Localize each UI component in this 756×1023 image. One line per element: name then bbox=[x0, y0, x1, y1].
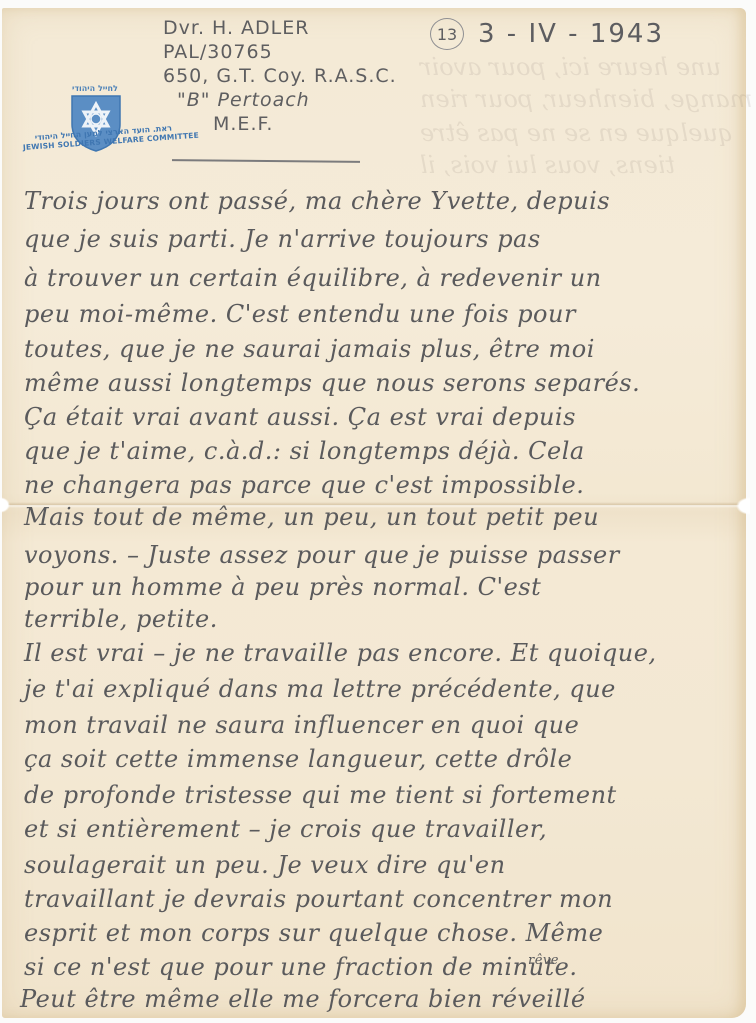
sender-address: Dvr. H. ADLER PAL/30765 650, G.T. Coy. R… bbox=[163, 16, 397, 136]
address-line-service-number: PAL/30765 bbox=[163, 40, 397, 64]
body-line: que je t'aime, c.à.d.: si longtemps déjà… bbox=[24, 436, 585, 466]
body-line: esprit et mon corps sur quelque chose. M… bbox=[24, 918, 603, 948]
body-line: soulagerait un peu. Je veux dire qu'en bbox=[24, 850, 506, 880]
body-line: si ce n'est que pour une fraction de min… bbox=[24, 952, 578, 982]
body-line: Trois jours ont passé, ma chère Yvette, … bbox=[24, 186, 610, 216]
bleed-through-text: une heure ici, pour avoir bbox=[420, 50, 721, 84]
body-line: même aussi longtemps que nous serons sep… bbox=[24, 368, 640, 398]
fold-notch-right bbox=[736, 497, 750, 515]
body-line: Ça était vrai avant aussi. Ça est vrai d… bbox=[24, 402, 576, 432]
body-line: ne changera pas parce que c'est impossib… bbox=[24, 470, 584, 500]
letter-date: 3 - IV - 1943 bbox=[478, 19, 664, 49]
jewish-soldiers-welfare-emblem: לחייל היהודי ראת. הועד הארצי למען החייל … bbox=[22, 84, 172, 164]
bleed-through-text: quelque en se ne pas être bbox=[420, 116, 733, 150]
body-line: et si entièrement – je crois que travail… bbox=[24, 814, 547, 844]
body-line: à trouver un certain équilibre, à redeve… bbox=[24, 263, 602, 293]
body-line: Il est vrai – je ne travaille pas encore… bbox=[24, 638, 657, 668]
body-line: Peut être même elle me forcera bien réve… bbox=[20, 984, 586, 1014]
bleed-through-text: mange, bienheur, pour rien bbox=[420, 82, 752, 116]
address-line-name: Dvr. H. ADLER bbox=[163, 16, 397, 40]
body-line: je t'ai expliqué dans ma lettre précéden… bbox=[24, 674, 616, 704]
body-line: de profonde tristesse qui me tient si fo… bbox=[24, 780, 617, 810]
body-line: mon travail ne saura influencer en quoi … bbox=[24, 710, 579, 740]
body-line: ça soit cette immense langueur, cette dr… bbox=[24, 744, 572, 774]
circled-page-number: 13 bbox=[430, 18, 464, 50]
body-line: travaillant je devrais pourtant concentr… bbox=[24, 884, 613, 914]
interlinear-insertion: rêve bbox=[528, 953, 559, 968]
date-block: 13 3 - IV - 1943 bbox=[430, 18, 664, 50]
emblem-hebrew-title: לחייל היהודי bbox=[72, 84, 118, 93]
bleed-through-text: tiens, vous lui vois, il bbox=[420, 148, 675, 182]
address-line-unit: 650, G.T. Coy. R.A.S.C. bbox=[163, 64, 397, 88]
body-line: pour un homme à peu près normal. C'est bbox=[24, 572, 541, 602]
scanned-page: une heure ici, pour avoir mange, bienheu… bbox=[0, 0, 756, 1023]
address-line-company: "B" Pertoach bbox=[163, 88, 397, 112]
body-line: que je suis parti. Je n'arrive toujours … bbox=[24, 224, 541, 254]
body-line: terrible, petite. bbox=[24, 604, 218, 634]
body-line: Mais tout de même, un peu, un tout petit… bbox=[24, 502, 599, 532]
body-line: voyons. – Juste assez pour que je puisse… bbox=[24, 540, 620, 570]
body-line: peu moi-même. C'est entendu une fois pou… bbox=[24, 299, 576, 329]
address-line-mef: M.E.F. bbox=[163, 112, 397, 136]
fold-notch-left bbox=[0, 497, 10, 513]
body-line: toutes, que je ne saurai jamais plus, êt… bbox=[24, 334, 595, 364]
